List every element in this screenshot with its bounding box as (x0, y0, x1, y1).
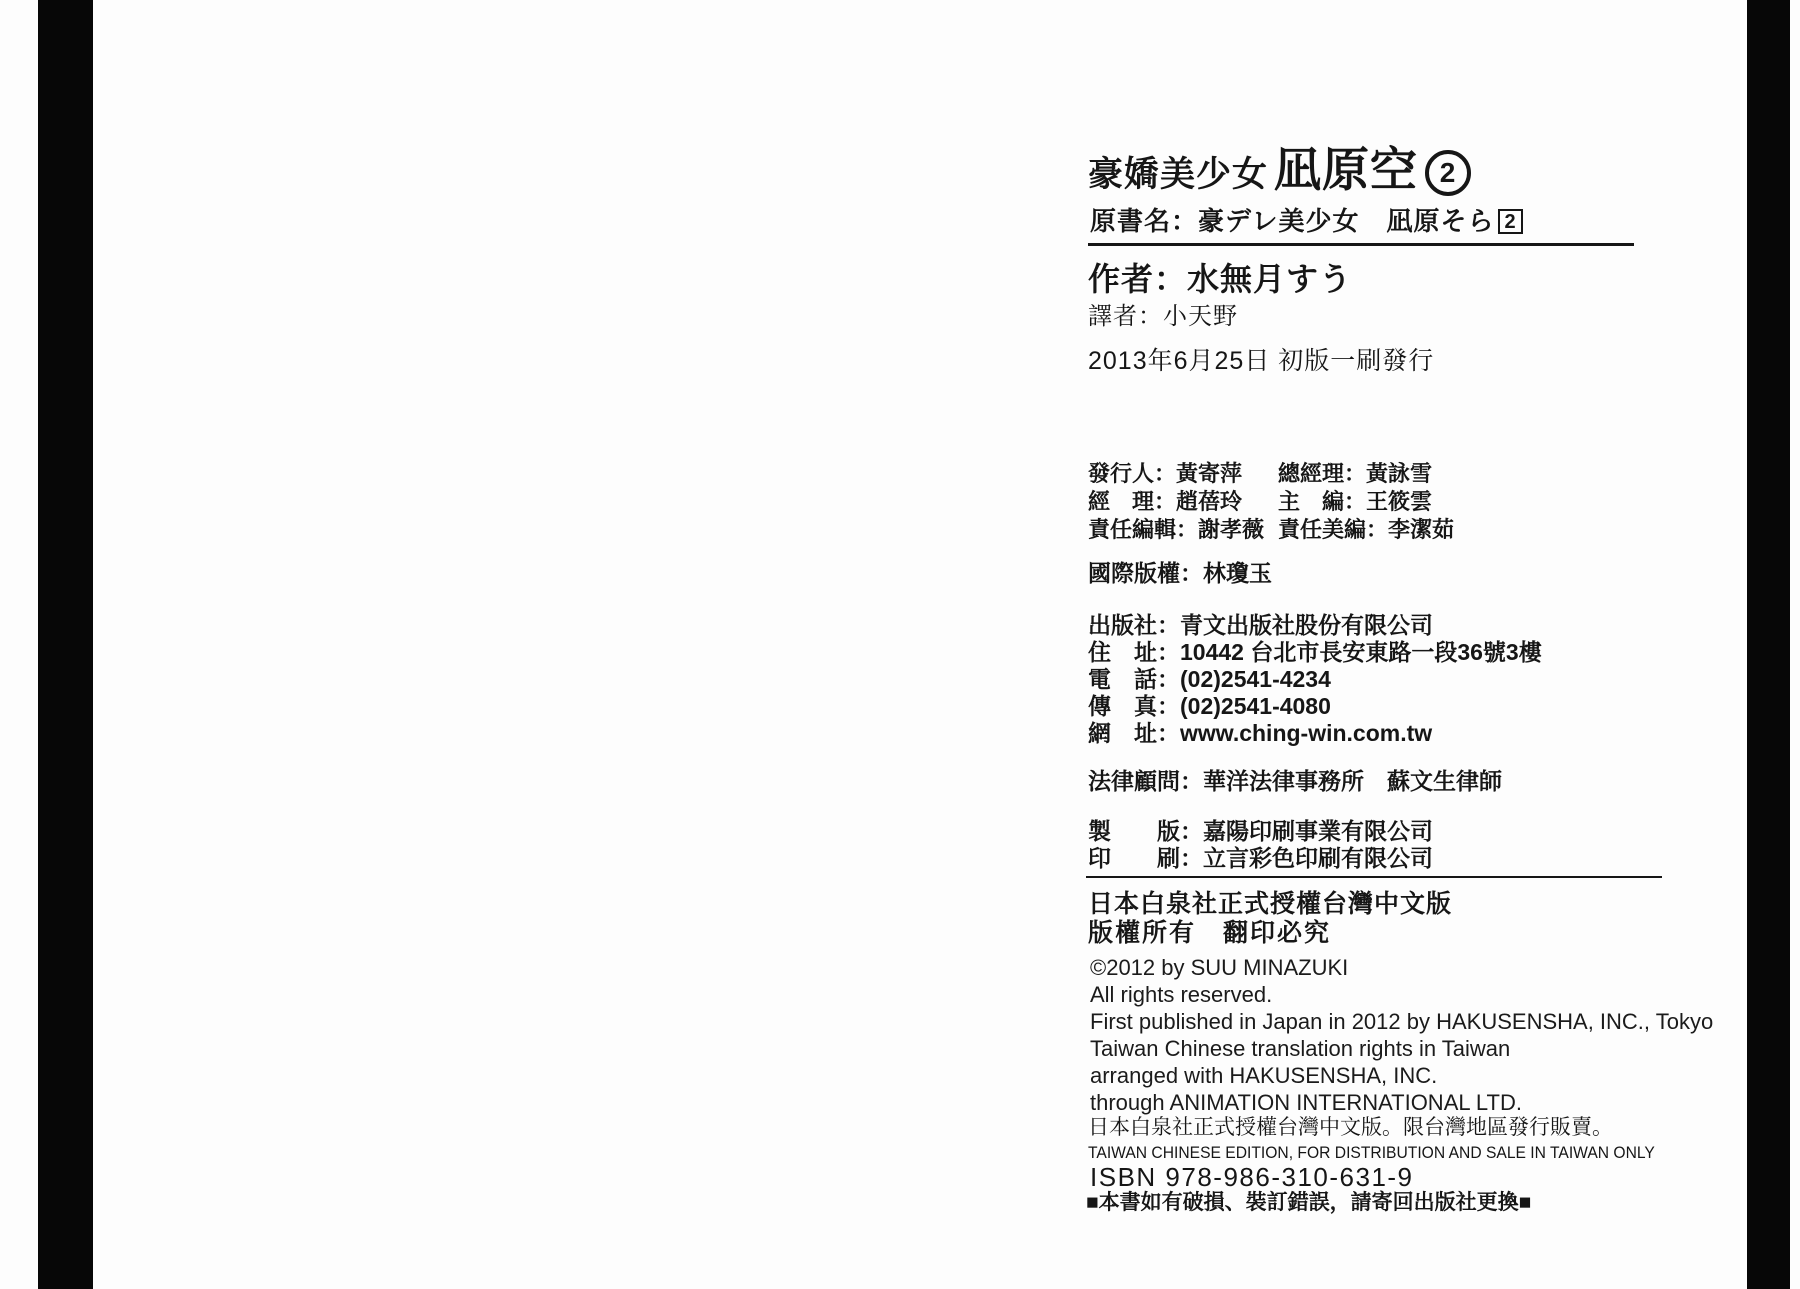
volume-boxed-badge: 2 (1498, 209, 1522, 234)
staff-responsible-editor: 責任編輯：謝孝薇 (1088, 519, 1278, 541)
legal-advisor-line: 法律顧問：華洋法律事務所 蘇文生律師 (1088, 770, 1502, 793)
staff-art-editor: 責任美編：李潔茹 (1278, 519, 1454, 541)
staff-manager: 經 理：趙蓓玲 (1088, 491, 1278, 513)
divider-rule-top (1088, 243, 1634, 246)
staff-row: 發行人：黃寄萍 總經理：黃詠雪 (1088, 460, 1454, 488)
staff-chief-editor: 主 編：王筱雲 (1278, 491, 1454, 513)
original-title-line: 原書名：豪デレ美少女 凪原そら2 (1090, 208, 1523, 234)
english-copyright-block: ©2012 by SUU MINAZUKI All rights reserve… (1090, 954, 1713, 1116)
book-title-series: 豪嬌美少女 (1088, 155, 1268, 194)
isbn-line: ISBN 978-986-310-631-9 (1090, 1164, 1414, 1190)
all-rights-reserved-line: All rights reserved. (1090, 981, 1713, 1008)
production-block: 製 版：嘉陽印刷事業有限公司 印 刷：立言彩色印刷有限公司 (1088, 818, 1433, 872)
en-distribution-restriction-line: TAIWAN CHINESE EDITION, FOR DISTRIBUTION… (1088, 1144, 1655, 1161)
staff-general-manager: 總經理：黃詠雪 (1278, 463, 1454, 485)
arranged-with-line: arranged with HAKUSENSHA, INC. (1090, 1062, 1713, 1089)
staff-row: 經 理：趙蓓玲 主 編：王筱雲 (1088, 488, 1454, 516)
original-title-text: 原書名：豪デレ美少女 凪原そら (1090, 206, 1494, 236)
publisher-block: 出版社：青文出版社股份有限公司 住 址：10442 台北市長安東路一段36號3樓… (1088, 612, 1542, 747)
publisher-phone-line: 電 話：(02)2541-4234 (1088, 666, 1542, 693)
colophon-page: 豪嬌美少女凪原空2 原書名：豪デレ美少女 凪原そら2 作者：水無月すう 譯者：小… (0, 0, 1800, 1289)
copyright-year-line: ©2012 by SUU MINAZUKI (1090, 954, 1713, 981)
staff-block: 發行人：黃寄萍 總經理：黃詠雪 經 理：趙蓓玲 主 編：王筱雲 責任編輯：謝孝薇… (1088, 460, 1454, 544)
international-rights-line: 國際版權：林瓊玉 (1088, 562, 1272, 585)
publisher-name-line: 出版社：青文出版社股份有限公司 (1088, 612, 1542, 639)
volume-circled-badge: 2 (1425, 150, 1471, 196)
author-line: 作者：水無月すう (1088, 263, 1352, 295)
cn-license-line: 日本白泉社正式授權台灣中文版 (1088, 892, 1452, 917)
scan-edge-right-bar (1747, 0, 1790, 1289)
divider-rule-bottom (1086, 876, 1662, 878)
book-title: 豪嬌美少女凪原空2 (1088, 146, 1471, 196)
through-agent-line: through ANIMATION INTERNATIONAL LTD. (1090, 1089, 1713, 1116)
damaged-copy-return-notice: ■本書如有破損、裝訂錯誤，請寄回出版社更換■ (1086, 1192, 1531, 1213)
first-published-line: First published in Japan in 2012 by HAKU… (1090, 1008, 1713, 1035)
translator-line: 譯者：小天野 (1088, 305, 1238, 329)
cn-rights-reserved-line: 版權所有 翻印必究 (1088, 921, 1331, 946)
cn-distribution-restriction-line: 日本白泉社正式授權台灣中文版。限台灣地區發行販賣。 (1088, 1117, 1613, 1138)
printing-line: 印 刷：立言彩色印刷有限公司 (1088, 845, 1433, 872)
staff-row: 責任編輯：謝孝薇 責任美編：李潔茹 (1088, 516, 1454, 544)
staff-publisher-person: 發行人：黃寄萍 (1088, 463, 1278, 485)
translation-rights-line: Taiwan Chinese translation rights in Tai… (1090, 1035, 1713, 1062)
book-title-name: 凪原空 (1274, 143, 1418, 196)
publisher-website-line: 網 址：www.ching-win.com.tw (1088, 720, 1542, 747)
publisher-fax-line: 傳 真：(02)2541-4080 (1088, 693, 1542, 720)
edition-date-line: 2013年6月25日 初版一刷發行 (1088, 349, 1434, 374)
publisher-address-line: 住 址：10442 台北市長安東路一段36號3樓 (1088, 639, 1542, 666)
plate-making-line: 製 版：嘉陽印刷事業有限公司 (1088, 818, 1433, 845)
scan-edge-left-bar (38, 0, 93, 1289)
